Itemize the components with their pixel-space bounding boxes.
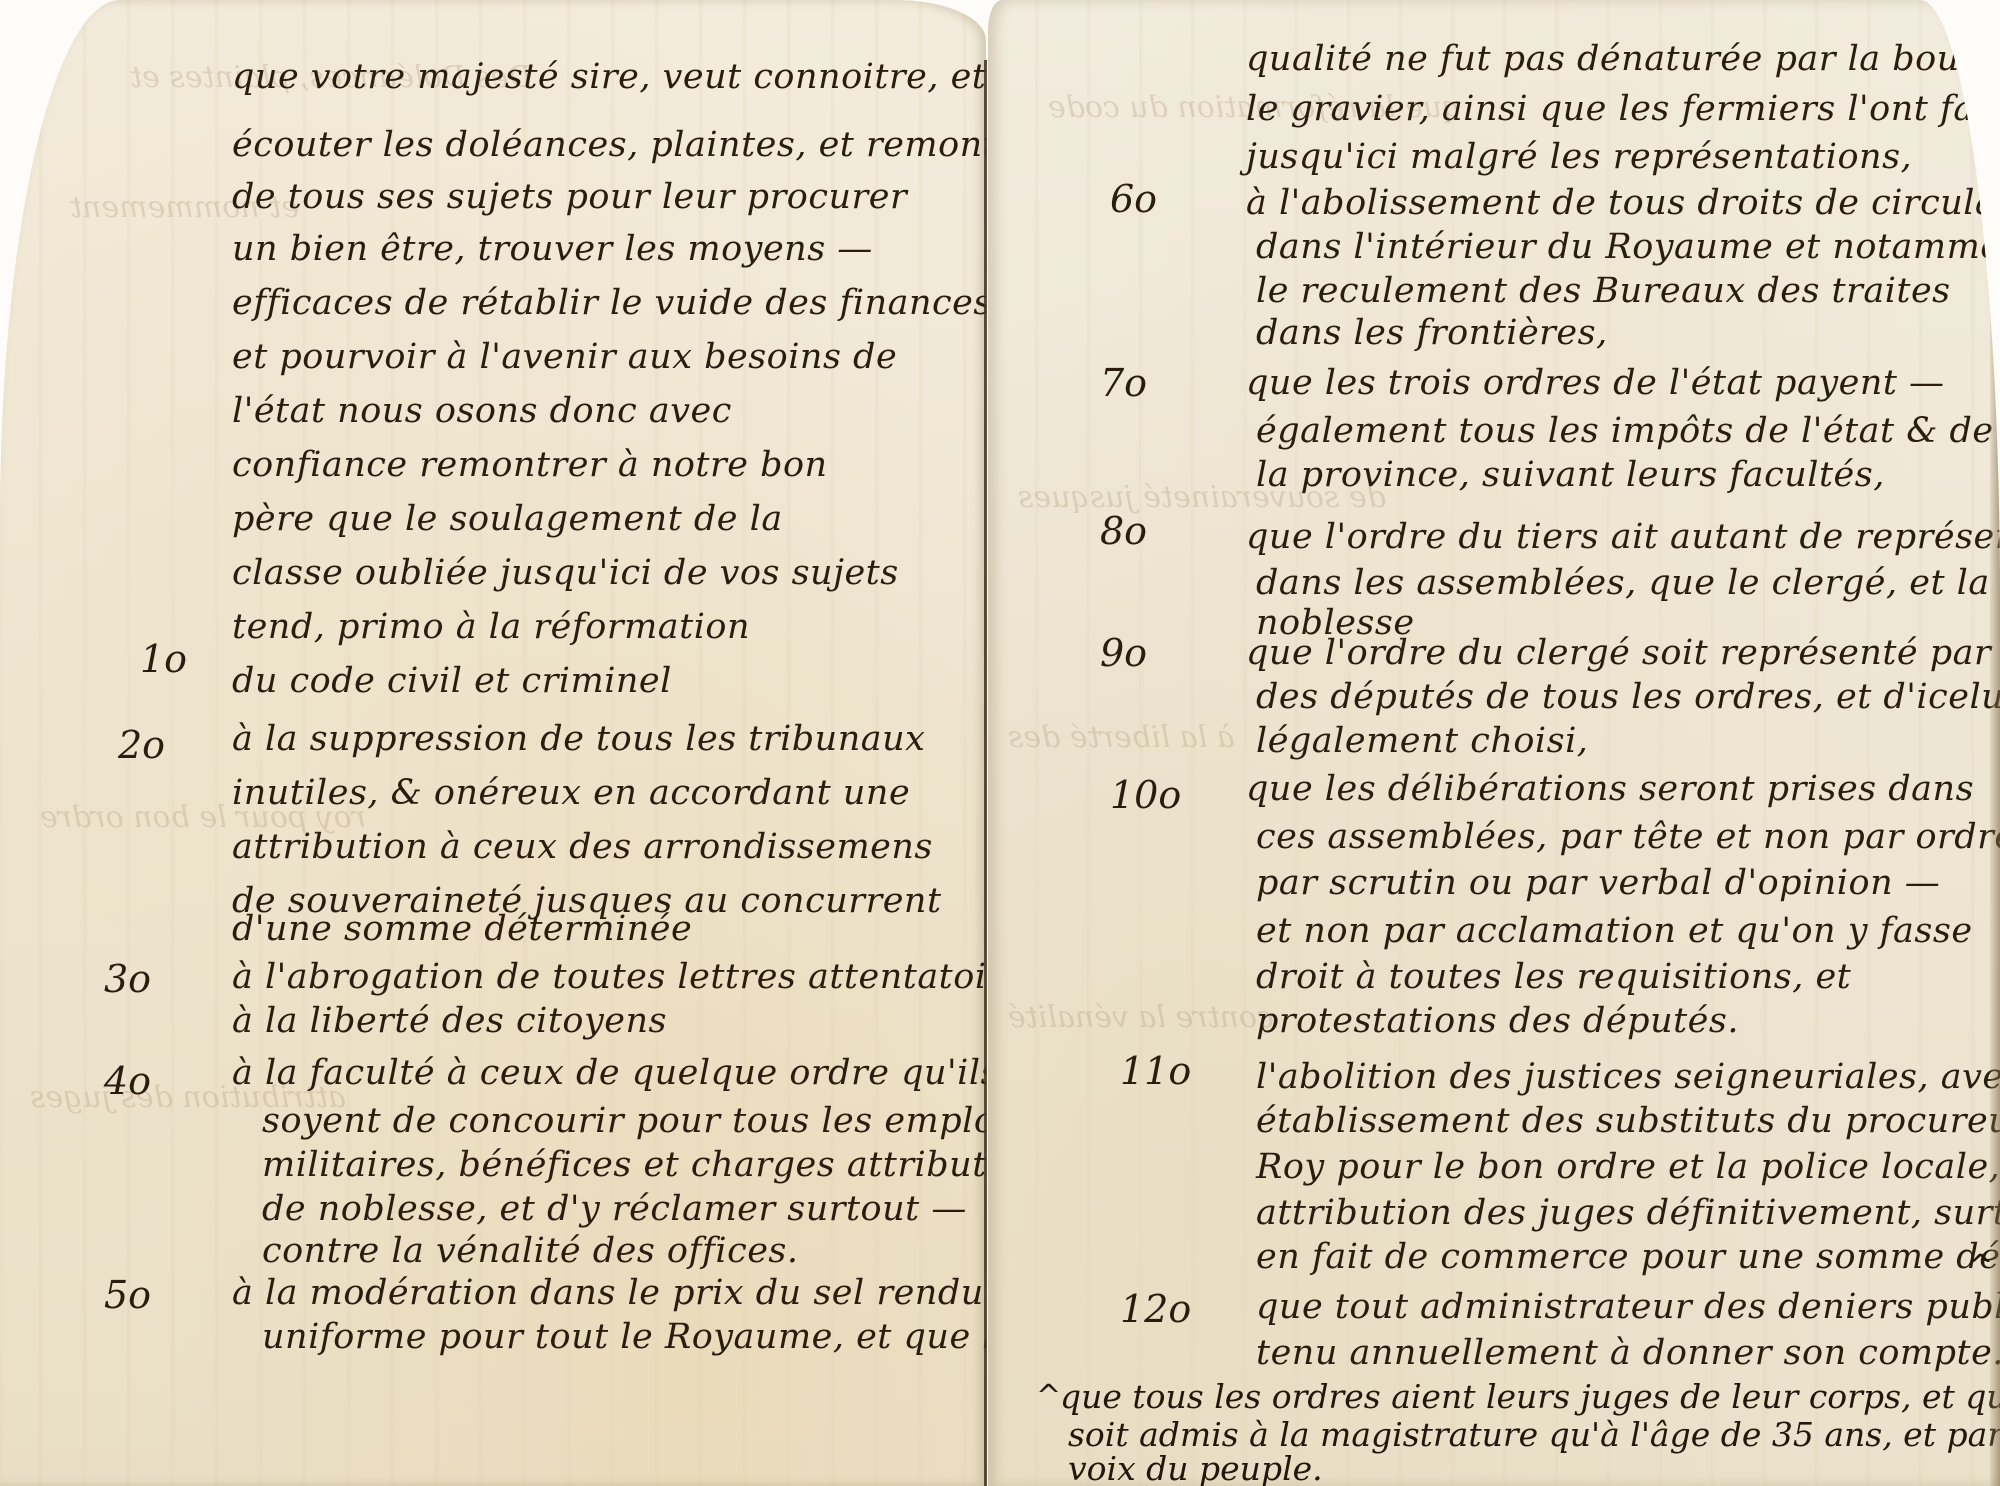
manuscript-line: tenu annuellement à donner son compte. [1256,1336,2000,1371]
item-number: 4o [104,1062,151,1100]
manuscript-line: également tous les impôts de l'état & de [1256,414,1994,449]
manuscript-line: et pourvoir à l'avenir aux besoins de [232,340,897,375]
manuscript-line: par scrutin ou par verbal d'opinion — [1256,866,1940,901]
manuscript-line: de tous ses sujets pour leur procurer [232,180,907,215]
manuscript-line: que les trois ordres de l'état payent — [1246,366,1945,401]
insertion-note-line: que tous les ordres aient leurs juges de… [1060,1380,2000,1413]
manuscript-line: le gravier, ainsi que les fermiers l'ont… [1246,92,2000,127]
show-through-text: contre la vénalité [1008,1000,1274,1035]
manuscript-line: dans l'intérieur du Royaume et notamment [1256,230,2000,265]
item-number: 10o [1110,776,1181,814]
manuscript-line: à la suppression de tous les tribunaux [232,722,925,757]
manuscript-line: à la liberté des citoyens [232,1004,667,1039]
item-number: 8o [1100,512,1147,550]
manuscript-line: et non par acclamation et qu'on y fasse [1256,914,1973,949]
manuscript-line: attribution des juges définitivement, su… [1256,1196,2000,1231]
manuscript-line: soyent de concourir pour tous les emploi… [262,1104,986,1139]
manuscript-line: jusqu'ici malgré les représentations, [1246,140,1912,175]
manuscript-line: l'abolition des justices seigneuriales, … [1256,1060,2000,1095]
manuscript-line: père que le soulagement de la [232,502,783,537]
manuscript-line: le reculement des Bureaux des traites [1256,274,1951,309]
manuscript-line: en fait de commerce pour une somme déter… [1256,1240,2000,1275]
manuscript-line: protestations des députés. [1256,1004,1739,1039]
manuscript-line: que les délibérations seront prises dans [1246,772,1974,807]
manuscript-line: tend, primo à la réformation [232,610,750,645]
manuscript-line: que l'ordre du clergé soit représenté pa… [1246,636,1991,671]
item-number: 2o [118,726,165,764]
manuscript-line: des députés de tous les ordres, et d'ice… [1256,680,2000,715]
manuscript-line: la province, suivant leurs facultés, [1256,458,1885,493]
manuscript-line: que votre majesté sire, veut connoitre, … [232,60,986,95]
item-number: 1o [140,640,187,678]
manuscript-line: un bien être, trouver les moyens — [232,232,873,267]
manuscript-line: d'une somme déterminée [232,912,692,947]
left-page: Des Doléances, plaintes et et nommement … [0,0,986,1486]
manuscript-line: classe oubliée jusqu'ici de vos sujets [232,556,899,591]
binding-gutter [984,60,987,1486]
item-number: 9o [1100,634,1147,672]
manuscript-line: dans les assemblées, que le clergé, et l… [1256,566,1990,601]
page-edge [1990,40,2000,1486]
item-number: 3o [104,960,151,998]
right-page: que la réformation du code de souveraine… [988,0,2000,1486]
manuscript-line: légalement choisi, [1256,724,1588,759]
manuscript-line: du code civil et criminel [232,664,672,699]
manuscript-line: à la modération dans le prix du sel rend… [232,1276,984,1311]
manuscript-line: l'état nous osons donc avec [232,394,732,429]
manuscript-line: que l'ordre du tiers ait autant de repré… [1246,520,2000,555]
item-number: 6o [1110,180,1157,218]
manuscript-line: de noblesse, et d'y réclamer surtout — [262,1192,967,1227]
manuscript-line: établissement des substituts du procureu… [1256,1104,2000,1139]
item-number: 12o [1120,1290,1191,1328]
manuscript-line: Roy pour le bon ordre et la police local… [1256,1150,2000,1185]
manuscript-line: que tout administrateur des deniers publ… [1256,1290,2000,1325]
item-number: 5o [104,1276,151,1314]
item-number: 11o [1120,1052,1191,1090]
manuscript-line: militaires, bénéfices et charges attribu… [262,1148,986,1183]
manuscript-spread: Des Doléances, plaintes et et nommement … [0,0,2000,1486]
manuscript-line: uniforme pour tout le Royaume, et que la [262,1320,986,1355]
manuscript-line: dans les frontières, [1256,316,1608,351]
item-number: 7o [1100,364,1147,402]
show-through-text: à la liberté des [1008,720,1235,755]
insertion-caret-icon: ^ [1036,1382,1061,1412]
manuscript-line: inutiles, & onéreux en accordant une [232,776,910,811]
insertion-note-line: soit admis à la magistrature qu'à l'âge … [1068,1418,2000,1451]
manuscript-line: écouter les doléances, plaintes, et remo… [232,128,986,163]
manuscript-line: à l'abolissement de tous droits de circu… [1246,186,2000,221]
manuscript-line: qualité ne fut pas dénaturée par la boue… [1246,42,2000,77]
manuscript-line: à l'abrogation de toutes lettres attenta… [232,960,986,995]
manuscript-line: ces assemblées, par tête et non par ordr… [1256,820,2000,855]
manuscript-line: efficaces de rétablir le vuide des finan… [232,286,986,321]
manuscript-line: droit à toutes les requisitions, et [1256,960,1851,995]
insertion-note-line: voix du peuple. [1068,1452,1323,1485]
manuscript-line: à la faculté à ceux de quelque ordre qu'… [232,1056,986,1091]
manuscript-line: confiance remontrer à notre bon [232,448,828,483]
manuscript-line: attribution à ceux des arrondissemens [232,830,933,865]
manuscript-line: contre la vénalité des offices. [262,1234,799,1269]
